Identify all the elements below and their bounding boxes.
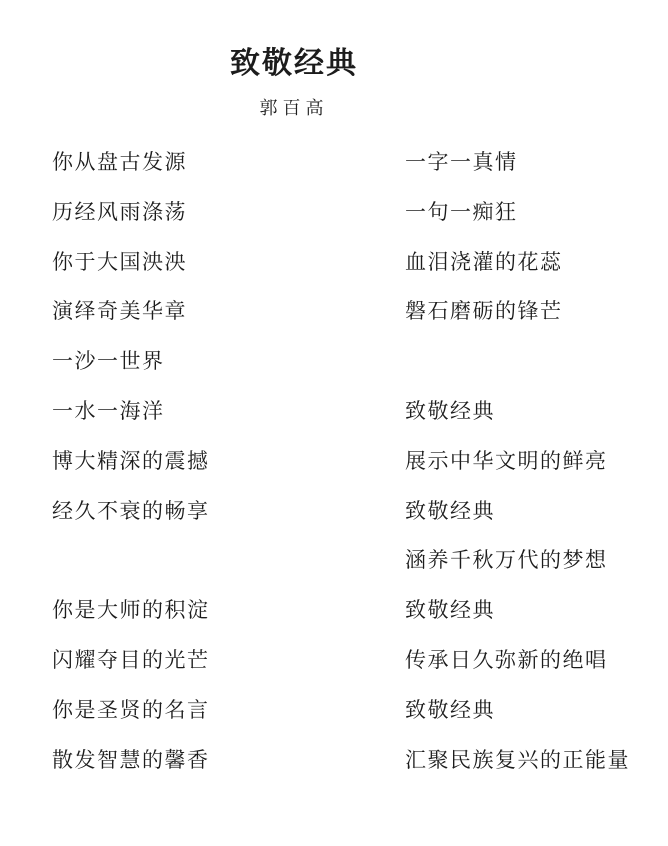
poem-line-right: 血泪浇灌的花蕊: [405, 249, 642, 275]
poem-line-left: 你是大师的积淀: [52, 597, 405, 623]
poem-line-right: 磐石磨砺的锋芒: [405, 298, 642, 324]
poem-line-left: 历经风雨涤荡: [52, 199, 405, 225]
poem-line-right: 传承日久弥新的绝唱: [405, 647, 642, 673]
poem-line-right: 致敬经典: [405, 697, 642, 723]
poem-line-left: 闪耀夺目的光芒: [52, 647, 405, 673]
poem-line-right: 汇聚民族复兴的正能量: [405, 747, 642, 773]
poem-row: 历经风雨涤荡 一句一痴狂: [52, 199, 642, 249]
poem-row: 散发智慧的馨香 汇聚民族复兴的正能量: [52, 747, 642, 797]
poem-line-left: 一沙一世界: [52, 348, 405, 374]
poem-line-right: 致敬经典: [405, 398, 642, 424]
poem-row: 博大精深的震撼 展示中华文明的鲜亮: [52, 448, 642, 498]
poem-line-right: 致敬经典: [405, 597, 642, 623]
poem-line-right: 一句一痴狂: [405, 199, 642, 225]
poem-line-left: 你是圣贤的名言: [52, 697, 405, 723]
poem-line-left: 你从盘古发源: [52, 149, 405, 175]
poem-row: 经久不衰的畅享 致敬经典: [52, 498, 642, 548]
poem-body: 你从盘古发源 一字一真情 历经风雨涤荡 一句一痴狂 你于大国泱泱 血泪浇灌的花蕊…: [52, 149, 642, 796]
poem-line-right: 展示中华文明的鲜亮: [405, 448, 642, 474]
poem-line-left: 经久不衰的畅享: [52, 498, 405, 524]
poem-row: 你从盘古发源 一字一真情: [52, 149, 642, 199]
poem-row: 一沙一世界: [52, 348, 642, 398]
document-page: 致敬经典 郭百高 你从盘古发源 一字一真情 历经风雨涤荡 一句一痴狂 你于大国泱…: [0, 0, 668, 846]
poem-title: 致敬经典: [52, 0, 536, 82]
poem-row: 闪耀夺目的光芒 传承日久弥新的绝唱: [52, 647, 642, 697]
poem-line-left: 演绎奇美华章: [52, 298, 405, 324]
poem-line-left: 一水一海洋: [52, 398, 405, 424]
poem-author: 郭百高: [52, 98, 536, 120]
poem-row: 演绎奇美华章 磐石磨砺的锋芒: [52, 298, 642, 348]
poem-line-right: 涵养千秋万代的梦想: [405, 547, 642, 573]
poem-row: 你是圣贤的名言 致敬经典: [52, 697, 642, 747]
poem-line-left: 你于大国泱泱: [52, 249, 405, 275]
poem-row: 你是大师的积淀 致敬经典: [52, 597, 642, 647]
poem-line-left: 散发智慧的馨香: [52, 747, 405, 773]
poem-line-left: 博大精深的震撼: [52, 448, 405, 474]
poem-row: 一水一海洋 致敬经典: [52, 398, 642, 448]
poem-line-right: 致敬经典: [405, 498, 642, 524]
poem-row: 涵养千秋万代的梦想: [52, 547, 642, 597]
poem-line-right: 一字一真情: [405, 149, 642, 175]
poem-row: 你于大国泱泱 血泪浇灌的花蕊: [52, 249, 642, 299]
